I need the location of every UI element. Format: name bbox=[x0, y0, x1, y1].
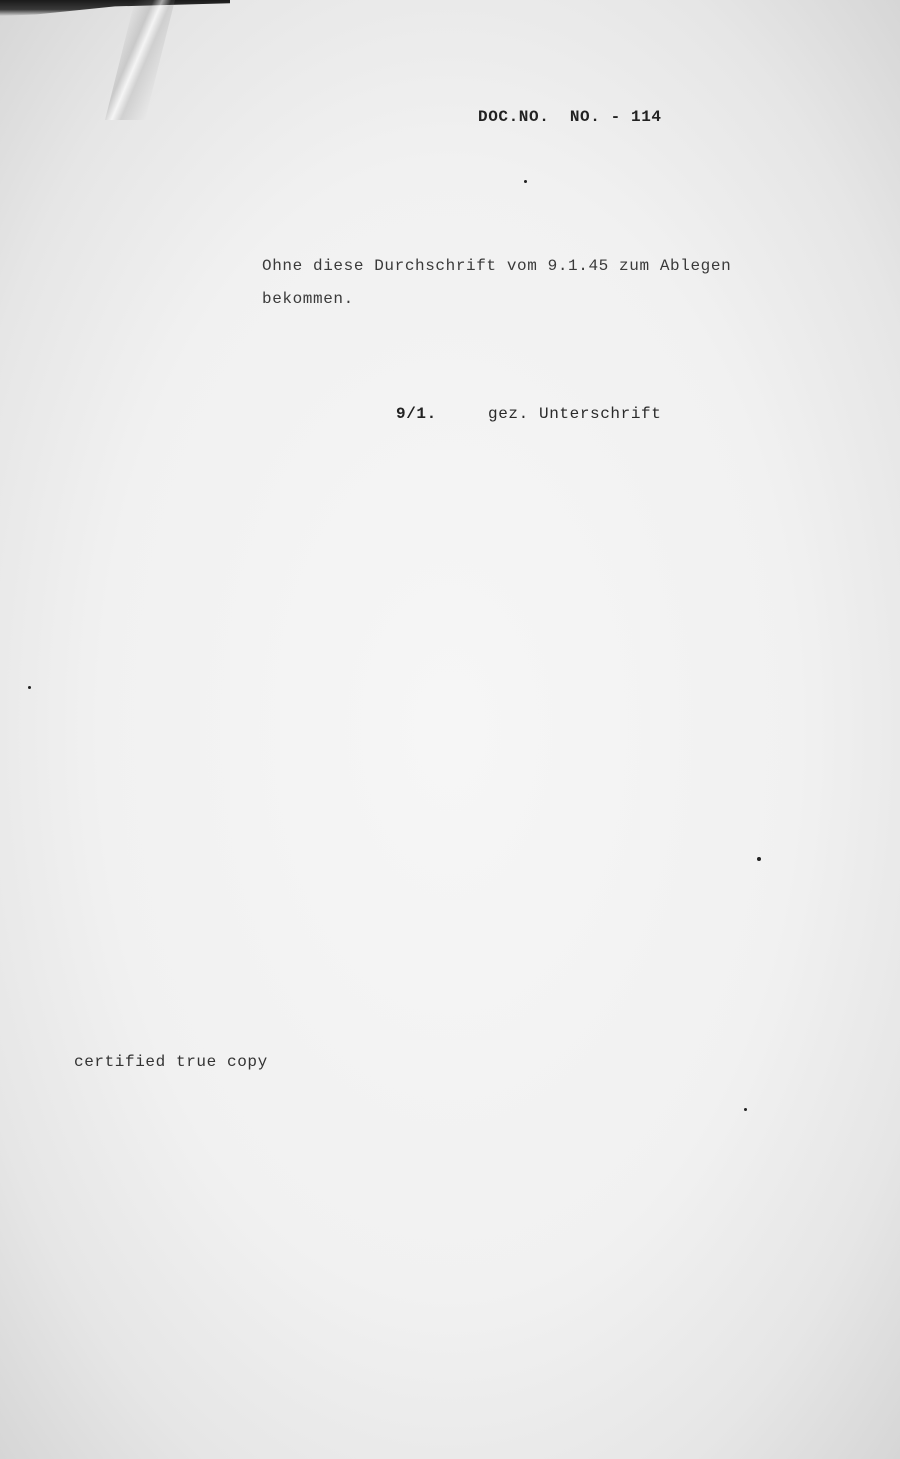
ink-speck bbox=[757, 857, 761, 861]
paper-crease bbox=[105, 0, 175, 120]
signature-date: 9/1. bbox=[396, 405, 437, 423]
document-number: DOC.NO. NO. - 114 bbox=[478, 108, 662, 126]
ink-speck bbox=[524, 180, 527, 183]
signature-line: gez. Unterschrift bbox=[488, 405, 661, 423]
scanned-document-page: DOC.NO. NO. - 114 Ohne diese Durchschrif… bbox=[0, 0, 900, 1459]
certification-note: certified true copy bbox=[74, 1053, 268, 1071]
ink-speck bbox=[744, 1108, 747, 1111]
torn-edge-shadow bbox=[0, 0, 230, 16]
body-text-line-1: Ohne diese Durchschrift vom 9.1.45 zum A… bbox=[262, 257, 731, 275]
ink-speck bbox=[28, 686, 31, 689]
body-text-line-2: bekommen. bbox=[262, 290, 354, 308]
